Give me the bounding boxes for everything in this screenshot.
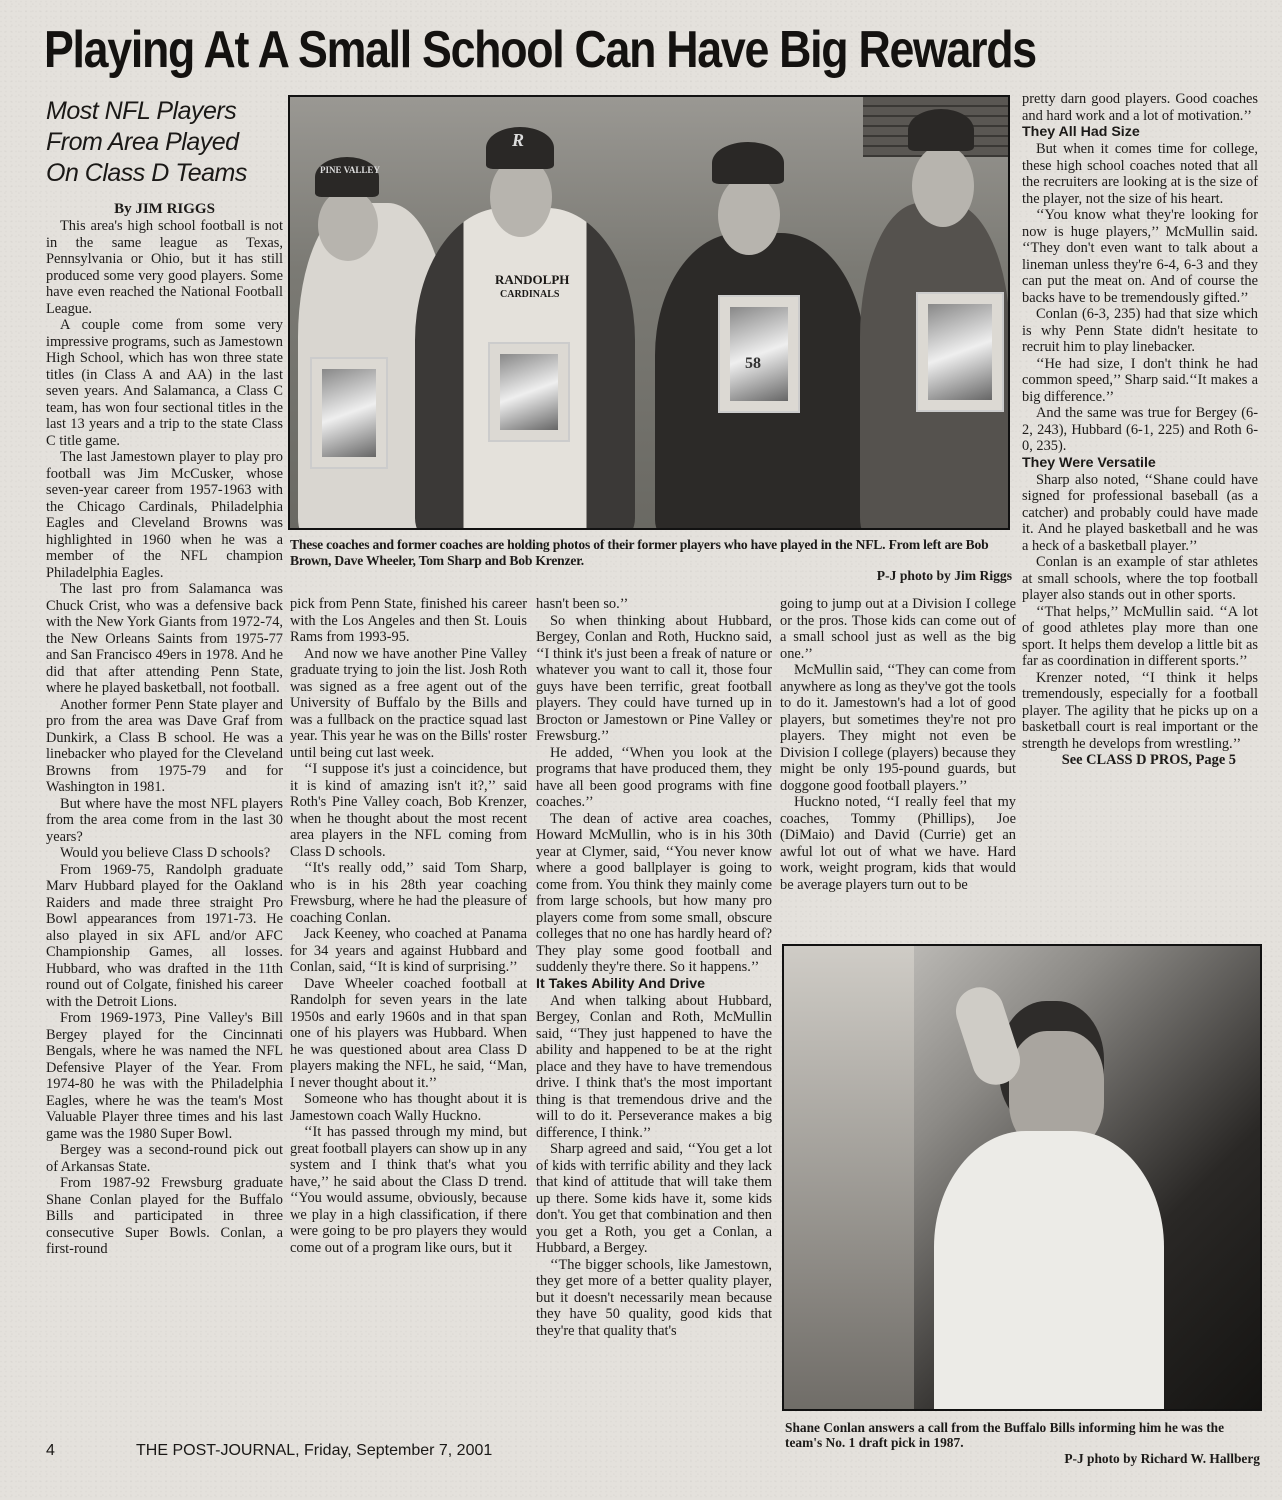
cap-icon	[908, 109, 974, 151]
byline: By JIM RIGGS	[46, 201, 283, 218]
paragraph: Sharp also noted, ‘‘Shane could have sig…	[1022, 472, 1258, 555]
paragraph-continued: hasn't been so.’’	[536, 596, 772, 613]
paragraph: Bergey was a second-round pick out of Ar…	[46, 1142, 283, 1175]
paragraph: From 1969-1973, Pine Valley's Bill Berge…	[46, 1010, 283, 1142]
paragraph: McMullin said, ‘‘They can come from anyw…	[780, 662, 1016, 794]
person-head	[912, 145, 974, 227]
shirt-text: RANDOLPH	[495, 272, 569, 288]
cap-icon	[315, 157, 379, 197]
paragraph: The dean of active area coaches, Howard …	[536, 811, 772, 976]
paragraph: ‘‘That helps,’’ McMullin said. ‘‘A lot o…	[1022, 604, 1258, 670]
paragraph: ‘‘It has passed through my mind, but gre…	[290, 1124, 527, 1256]
paragraph: This area's high school football is not …	[46, 218, 283, 317]
paragraph: The last Jamestown player to play pro fo…	[46, 449, 283, 581]
main-photo-credit: P-J photo by Jim Riggs	[780, 568, 1012, 584]
paragraph: Sharp agreed and said, ‘‘You get a lot o…	[536, 1141, 772, 1257]
deck-line: From Area Played	[46, 127, 282, 158]
jersey-number: 58	[745, 355, 761, 373]
held-player-photo	[488, 342, 570, 442]
held-player-photo	[718, 295, 800, 413]
secondary-photo	[782, 944, 1262, 1411]
main-photo: PINE VALLEY R RANDOLPH CARDINALS 58	[288, 95, 1010, 530]
paragraph: He added, ‘‘When you look at the program…	[536, 745, 772, 811]
main-photo-caption: These coaches and former coaches are hol…	[290, 537, 1012, 568]
paragraph: The last pro from Salamanca was Chuck Cr…	[46, 581, 283, 697]
paragraph: Someone who has thought about it is Jame…	[290, 1091, 527, 1124]
page-number: 4	[46, 1442, 55, 1460]
paragraph: Jack Keeney, who coached at Panama for 3…	[290, 926, 527, 976]
article-column-3: hasn't been so.’’ So when thinking about…	[536, 596, 772, 1446]
paragraph: A couple come from some very impressive …	[46, 317, 283, 449]
person-head	[318, 189, 378, 261]
deck-line: Most NFL Players	[46, 96, 282, 127]
person-head	[718, 175, 780, 255]
paragraph: Would you believe Class D schools?	[46, 845, 283, 862]
paragraph: Krenzer noted, ‘‘I think it helps tremen…	[1022, 670, 1258, 753]
white-shirt	[934, 1131, 1164, 1411]
paragraph: But where have the most NFL players from…	[46, 796, 283, 846]
paragraph: And now we have another Pine Valley grad…	[290, 646, 527, 762]
held-player-photo	[310, 357, 388, 469]
paragraph: ‘‘You know what they're looking for now …	[1022, 207, 1258, 306]
subhead-versatile: They Were Versatile	[1022, 455, 1258, 472]
jump-line: See CLASS D PROS, Page 5	[1022, 752, 1258, 769]
paragraph-continued: pretty darn good players. Good coaches a…	[1022, 91, 1258, 124]
paragraph: So when thinking about Hubbard, Bergey, …	[536, 613, 772, 745]
article-column-5: pretty darn good players. Good coaches a…	[1022, 91, 1258, 941]
article-column-4: going to jump out at a Division I colleg…	[780, 596, 1016, 936]
paragraph: Huckno noted, ‘‘I really feel that my co…	[780, 794, 1016, 893]
headline: Playing At A Small School Can Have Big R…	[44, 14, 1076, 86]
secondary-photo-credit: P-J photo by Richard W. Hallberg	[785, 1451, 1260, 1467]
hat-letter: R	[512, 130, 524, 151]
paragraph: Another former Penn State player and pro…	[46, 697, 283, 796]
subhead-ability-drive: It Takes Ability And Drive	[536, 976, 772, 993]
article-column-2: pick from Penn State, finished his caree…	[290, 596, 527, 1446]
article-column-1: By JIM RIGGS This area's high school foo…	[46, 201, 283, 1441]
deck-subheadline: Most NFL Players From Area Played On Cla…	[46, 96, 282, 189]
paragraph: ‘‘It's really odd,’’ said Tom Sharp, who…	[290, 860, 527, 926]
held-player-photo	[916, 292, 1004, 412]
paragraph: ‘‘I suppose it's just a coincidence, but…	[290, 761, 527, 860]
deck-line: On Class D Teams	[46, 158, 282, 189]
publication-dateline: THE POST-JOURNAL, Friday, September 7, 2…	[136, 1442, 492, 1460]
paragraph: Dave Wheeler coached football at Randolp…	[290, 976, 527, 1092]
shirt-text: CARDINALS	[500, 289, 559, 300]
secondary-photo-caption: Shane Conlan answers a call from the Buf…	[785, 1420, 1260, 1450]
door-frame	[784, 946, 914, 1411]
paragraph-continued: pick from Penn State, finished his caree…	[290, 596, 527, 646]
paragraph: ‘‘The bigger schools, like Jamestown, th…	[536, 1257, 772, 1340]
person-head	[490, 157, 552, 237]
paragraph: And when talking about Hubbard, Bergey, …	[536, 993, 772, 1142]
paragraph: And the same was true for Bergey (6-2, 2…	[1022, 405, 1258, 455]
cap-icon	[712, 142, 784, 184]
hat-label: PINE VALLEY	[320, 165, 380, 175]
paragraph: But when it comes time for college, thes…	[1022, 141, 1258, 207]
paragraph: From 1987-92 Frewsburg graduate Shane Co…	[46, 1175, 283, 1258]
paragraph: Conlan is an example of star athletes at…	[1022, 554, 1258, 604]
paragraph: ‘‘He had size, I don't think he had comm…	[1022, 356, 1258, 406]
paragraph-continued: going to jump out at a Division I colleg…	[780, 596, 1016, 662]
paragraph: From 1969-75, Randolph graduate Marv Hub…	[46, 862, 283, 1011]
paragraph: Conlan (6-3, 235) had that size which is…	[1022, 306, 1258, 356]
subhead-all-had-size: They All Had Size	[1022, 124, 1258, 141]
